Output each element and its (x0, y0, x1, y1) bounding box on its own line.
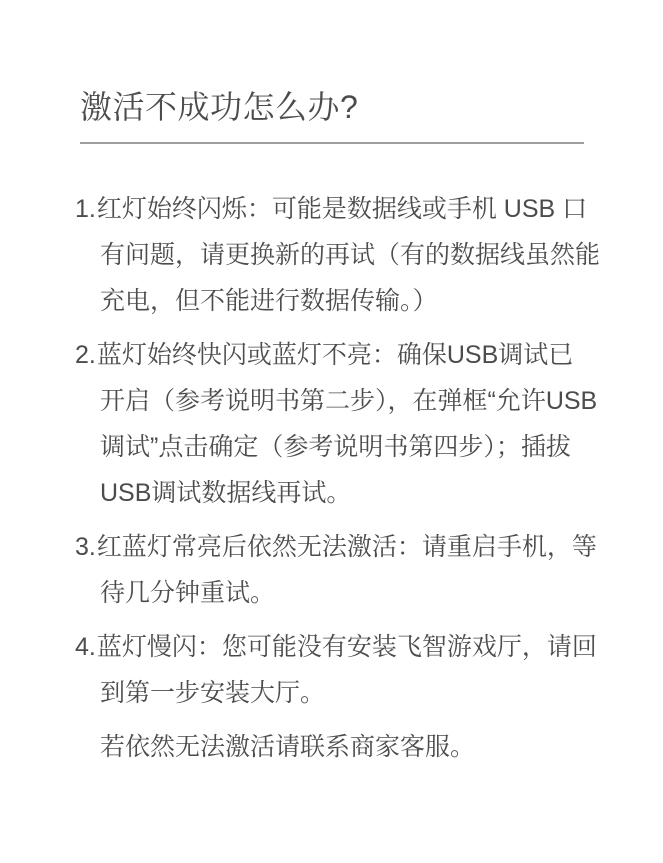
page-title: 激活不成功怎么办? (80, 88, 358, 126)
faq-item: 1.红灯始终闪烁：可能是数据线或手机 USB 口有问题，请更换新的再试（有的数据… (75, 186, 635, 324)
item-wrapped-line: 待几分钟重试。 (75, 570, 635, 616)
item-wrapped-line: 充电，但不能进行数据传输。） (75, 278, 635, 324)
item-number: 2. (75, 341, 97, 369)
item-wrapped-line: 到第一步安装大厅。 (75, 670, 635, 716)
faq-page: 激活不成功怎么办? 1.红灯始终闪烁：可能是数据线或手机 USB 口有问题，请更… (0, 0, 663, 863)
item-line-text: 蓝灯始终快闪或蓝灯不亮：确保USB调试已 (97, 341, 573, 369)
item-first-line: 4.蓝灯慢闪：您可能没有安装飞智游戏厅，请回 (75, 624, 635, 670)
item-line-text: 红蓝灯常亮后依然无法激活：请重启手机，等 (97, 533, 597, 561)
faq-item: 3.红蓝灯常亮后依然无法激活：请重启手机，等待几分钟重试。 (75, 524, 635, 616)
item-number: 4. (75, 633, 97, 661)
item-number: 1. (75, 195, 97, 223)
item-first-line: 3.红蓝灯常亮后依然无法激活：请重启手机，等 (75, 524, 635, 570)
faq-list: 1.红灯始终闪烁：可能是数据线或手机 USB 口有问题，请更换新的再试（有的数据… (75, 186, 635, 770)
faq-item: 2.蓝灯始终快闪或蓝灯不亮：确保USB调试已开启（参考说明书第二步），在弹框“允… (75, 332, 635, 516)
item-wrapped-line: USB调试数据线再试。 (75, 470, 635, 516)
closing-note: 若依然无法激活请联系商家客服。 (75, 724, 635, 770)
item-number: 3. (75, 533, 97, 561)
faq-item: 4.蓝灯慢闪：您可能没有安装飞智游戏厅，请回到第一步安装大厅。 (75, 624, 635, 716)
item-wrapped-line: 调试”点击确定（参考说明书第四步）；插拔 (75, 424, 635, 470)
item-line-text: 蓝灯慢闪：您可能没有安装飞智游戏厅，请回 (97, 633, 597, 661)
item-wrapped-line: 开启（参考说明书第二步），在弹框“允许USB (75, 378, 635, 424)
item-wrapped-line: 有问题，请更换新的再试（有的数据线虽然能 (75, 232, 635, 278)
item-line-text: 红灯始终闪烁：可能是数据线或手机 USB 口 (97, 195, 587, 223)
item-first-line: 1.红灯始终闪烁：可能是数据线或手机 USB 口 (75, 186, 635, 232)
item-first-line: 2.蓝灯始终快闪或蓝灯不亮：确保USB调试已 (75, 332, 635, 378)
title-divider (80, 142, 584, 144)
